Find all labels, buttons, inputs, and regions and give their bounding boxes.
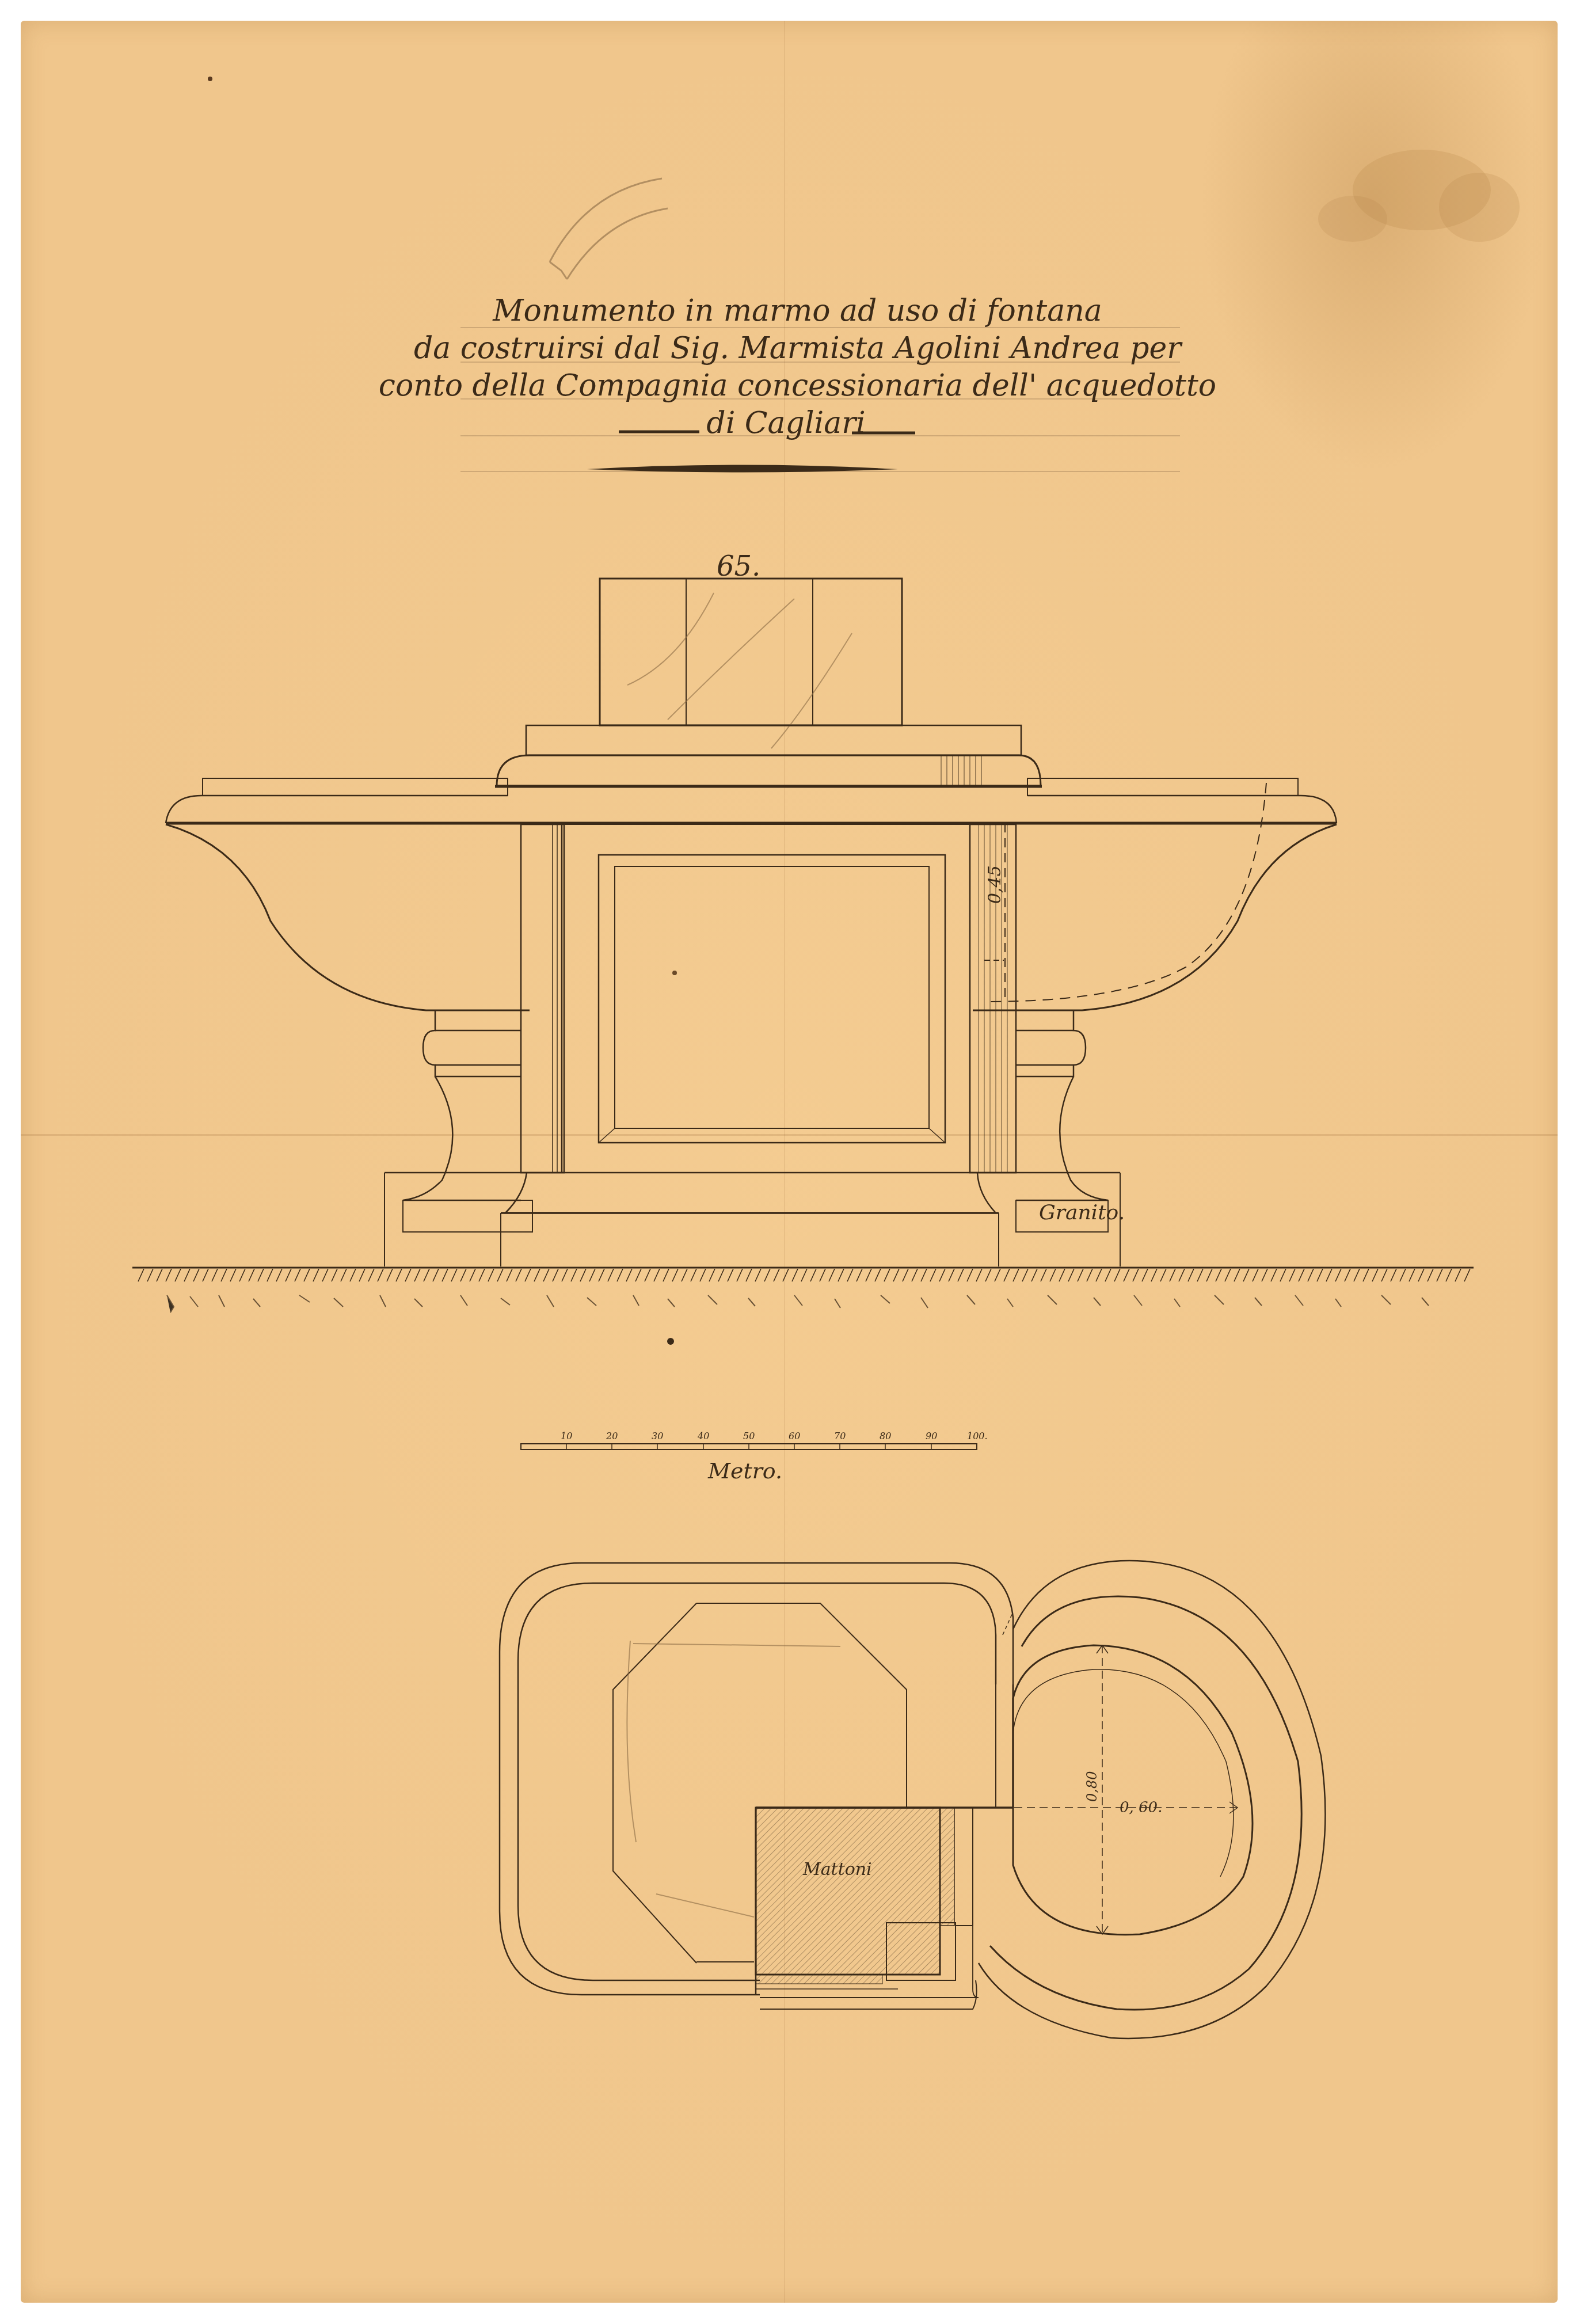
svg-text:100.: 100. [967,1431,988,1441]
scale-bar-ticks: 10 20 30 40 50 60 70 80 90 100. [561,1431,988,1441]
brick-core-label: Mattoni [802,1859,872,1880]
svg-text:30: 30 [652,1431,663,1441]
svg-text:50: 50 [743,1431,755,1441]
scale-bar [521,1444,977,1450]
svg-text:10: 10 [561,1431,572,1441]
elevation-view [166,579,1337,1266]
svg-text:40: 40 [697,1431,709,1441]
scale-unit-label: Metro. [707,1458,782,1484]
pencil-arc-sketch [550,178,668,279]
paper-stains [208,77,1520,1345]
svg-text:60: 60 [789,1431,800,1441]
granite-label: Granito. [1039,1201,1125,1224]
plan-vertical-dimension: 0,80 [1084,1771,1100,1802]
svg-text:20: 20 [606,1431,618,1441]
top-block-number: 65. [717,550,760,583]
svg-text:80: 80 [880,1431,891,1441]
plan-horizontal-dimension: 0, 60. [1120,1799,1162,1816]
ground-line [132,1268,1474,1313]
plan-view [500,1561,1325,2038]
svg-text:90: 90 [926,1431,937,1441]
basin-depth-dimension: 0,45 [985,865,1005,904]
drawing-canvas: 65. 0,45 Granito. 10 20 30 40 50 60 70 8… [0,0,1595,2324]
title-flourishes [587,432,915,473]
svg-text:70: 70 [834,1431,846,1441]
